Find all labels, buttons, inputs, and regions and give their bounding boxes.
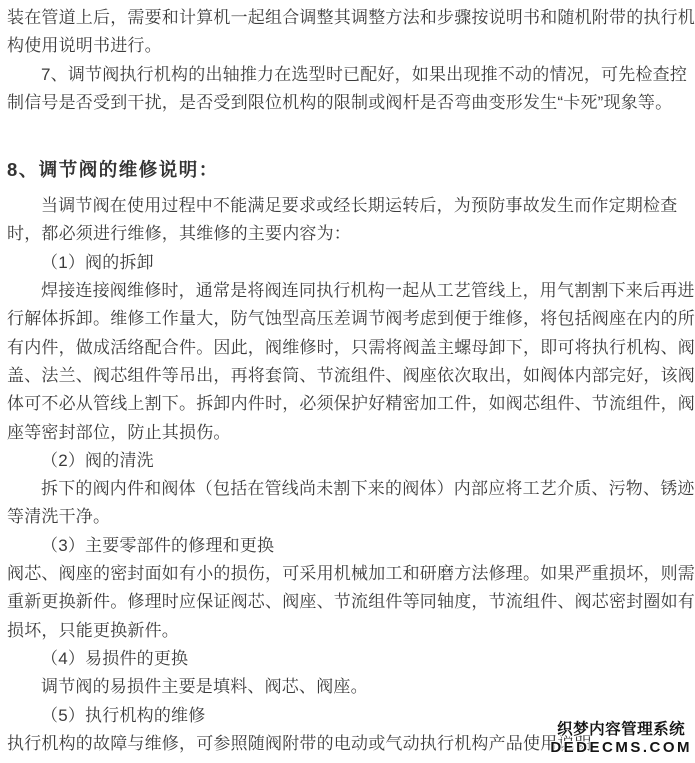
text-line: 盖、法兰、阀芯组件等吊出，再将套筒、节流组件、阀座依次取出，如阀体内部完好，该阀 [7, 362, 688, 390]
list-item-heading: （1）阀的拆卸 [7, 249, 688, 277]
text-line: 体可不必从管线上割下。拆卸内件时，必须保护好精密加工件，如阀芯组件、节流组件，阀 [7, 390, 688, 418]
text-line: 当调节阀在使用过程中不能满足要求或经长期运转后，为预防事故发生而作定期检查 [7, 192, 688, 220]
text-line: 构使用说明书进行。 [7, 32, 688, 60]
list-item-heading: （2）阀的清洗 [7, 447, 688, 475]
text-line: 阀芯、阀座的密封面如有小的损伤，可采用机械加工和研磨方法修理。如果严重损坏，则需 [7, 560, 688, 588]
text-line: 拆下的阀内件和阀体（包括在管线尚未割下来的阀体）内部应将工艺介质、污物、锈迹 [7, 475, 688, 503]
text-line: 调节阀的易损件主要是填料、阀芯、阀座。 [7, 673, 688, 701]
dedecms-watermark: 织梦内容管理系统 DEDECMS.COM [550, 720, 692, 757]
section-heading: 8、调节阀的维修说明： [7, 156, 688, 184]
document-page: 装在管道上后，需要和计算机一起组合调整其调整方法和步骤按说明书和随机附带的执行机… [0, 0, 695, 758]
list-item-heading: （3）主要零部件的修理和更换 [7, 532, 688, 560]
text-line: 损坏，只能更换新件。 [7, 617, 688, 645]
watermark-domain-text: DEDECMS.COM [550, 739, 692, 757]
text-line: 装在管道上后，需要和计算机一起组合调整其调整方法和步骤按说明书和随机附带的执行机 [7, 4, 688, 32]
text-line: 重新更换新件。修理时应保证阀芯、阀座、节流组件等同轴度，节流组件、阀芯密封圈如有 [7, 588, 688, 616]
text-line: 7、调节阀执行机构的出轴推力在选型时已配好，如果出现推不动的情况，可先检查控 [7, 61, 688, 89]
watermark-cn-text: 织梦内容管理系统 [550, 720, 692, 739]
text-line: 有内件，做成活络配合件。因此，阀维修时，只需将阀盖主螺母卸下，即可将执行机构、阀 [7, 334, 688, 362]
text-line: 制信号是否受到干扰，是否受到限位机构的限制或阀杆是否弯曲变形发生“卡死”现象等。 [7, 89, 688, 117]
text-line: 焊接连接阀维修时，通常是将阀连同执行机构一起从工艺管线上，用气割割下来后再进 [7, 277, 688, 305]
text-line: 时，都必须进行维修，其维修的主要内容为： [7, 220, 688, 248]
text-line: 等清洗干净。 [7, 503, 688, 531]
text-line: 行解体拆卸。维修工作量大，防气蚀型高压差调节阀考虑到便于维修，将包括阀座在内的所 [7, 305, 688, 333]
list-item-heading: （4）易损件的更换 [7, 645, 688, 673]
text-line: 座等密封部位，防止其损伤。 [7, 419, 688, 447]
